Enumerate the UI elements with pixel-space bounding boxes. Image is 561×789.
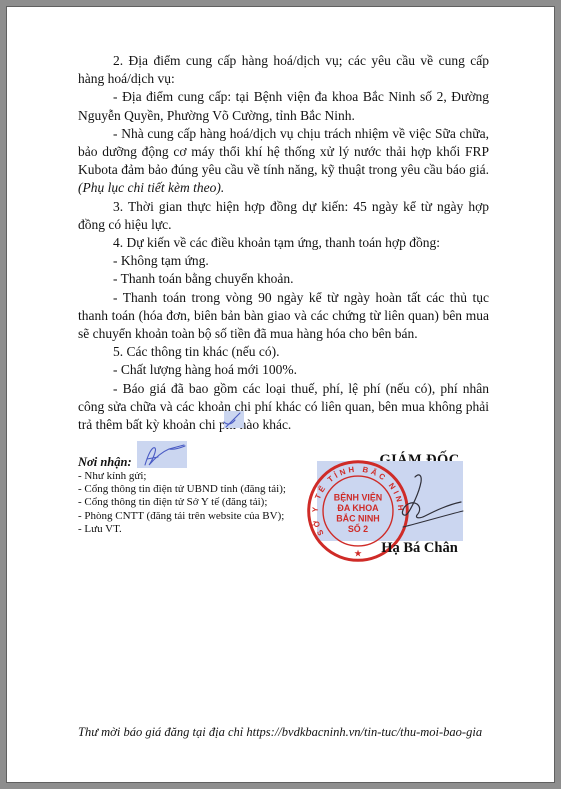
- handwritten-initial-icon: [131, 437, 191, 471]
- paragraph-text: - Thanh toán trong vòng 90 ngày kể từ ng…: [78, 290, 489, 341]
- recipients-list: - Như kính gửi; - Cổng thông tin điện tử…: [78, 470, 286, 536]
- recipient-item: - Như kính gửi;: [78, 470, 286, 483]
- recipient-item: - Cổng thông tin điện tử UBND tỉnh (đăng…: [78, 483, 286, 496]
- paragraph-italic-note: (Phụ lục chi tiết kèm theo).: [78, 180, 224, 195]
- paragraph-text: - Chất lượng hàng hoá mới 100%.: [113, 362, 297, 377]
- recipient-item: - Phòng CNTT (đăng tải trên website của …: [78, 510, 286, 523]
- paragraph-text: 3. Thời gian thực hiện hợp đồng dự kiến:…: [78, 199, 489, 232]
- paragraph-text: - Địa điểm cung cấp: tại Bệnh viện đa kh…: [78, 89, 489, 122]
- paragraph-text: 5. Các thông tin khác (nếu có).: [113, 344, 279, 359]
- paragraph: - Địa điểm cung cấp: tại Bệnh viện đa kh…: [78, 88, 489, 124]
- stamp-center-line: BỆNH VIỆN: [334, 491, 382, 502]
- paragraph: - Không tạm ứng.: [78, 252, 489, 270]
- document-body: 2. Địa điểm cung cấp hàng hoá/dịch vụ; c…: [78, 52, 489, 434]
- stamp-center-line: BẮC NINH: [336, 514, 379, 524]
- director-signature-icon: [393, 471, 473, 533]
- paragraph: 5. Các thông tin khác (nếu có).: [78, 343, 489, 361]
- paragraph: - Chất lượng hàng hoá mới 100%.: [78, 361, 489, 379]
- paragraph-text: 4. Dự kiến về các điều khoản tạm ứng, th…: [113, 235, 440, 250]
- paragraph: - Thanh toán trong vòng 90 ngày kể từ ng…: [78, 289, 489, 344]
- footer-note: Thư mời báo giá đăng tại địa chỉ https:/…: [78, 725, 518, 740]
- paragraph-text: - Nhà cung cấp hàng hoá/dịch vụ chịu trá…: [78, 126, 489, 177]
- paragraph: 3. Thời gian thực hiện hợp đồng dự kiến:…: [78, 198, 489, 234]
- stamp-center-line: SỐ 2: [348, 523, 368, 534]
- paragraph: - Thanh toán bằng chuyển khoản.: [78, 270, 489, 288]
- paragraph-text: - Không tạm ứng.: [113, 253, 209, 268]
- paragraph-text: - Thanh toán bằng chuyển khoản.: [113, 271, 293, 286]
- recipient-item: - Lưu VT.: [78, 523, 286, 536]
- recipient-item: - Cổng thông tin điện tử Sở Y tế (đăng t…: [78, 496, 286, 509]
- signer-name: Hạ Bá Chân: [337, 540, 502, 557]
- paragraph: - Báo giá đã bao gồm các loại thuế, phí,…: [78, 380, 489, 435]
- recipients-label: Nơi nhận:: [78, 455, 132, 470]
- document-page: 2. Địa điểm cung cấp hàng hoá/dịch vụ; c…: [6, 6, 555, 783]
- screenshot-root: { "document": { "paragraphs": [ {"text":…: [0, 0, 561, 789]
- stamp-center-line: ĐA KHOA: [337, 503, 379, 513]
- paragraph: 4. Dự kiến về các điều khoản tạm ứng, th…: [78, 234, 489, 252]
- paragraph-text: 2. Địa điểm cung cấp hàng hoá/dịch vụ; c…: [78, 53, 489, 86]
- paragraph: 2. Địa điểm cung cấp hàng hoá/dịch vụ; c…: [78, 52, 489, 88]
- paragraph-text: - Báo giá đã bao gồm các loại thuế, phí,…: [78, 381, 489, 432]
- initial-mark-icon: [221, 409, 247, 431]
- paragraph: - Nhà cung cấp hàng hoá/dịch vụ chịu trá…: [78, 125, 489, 198]
